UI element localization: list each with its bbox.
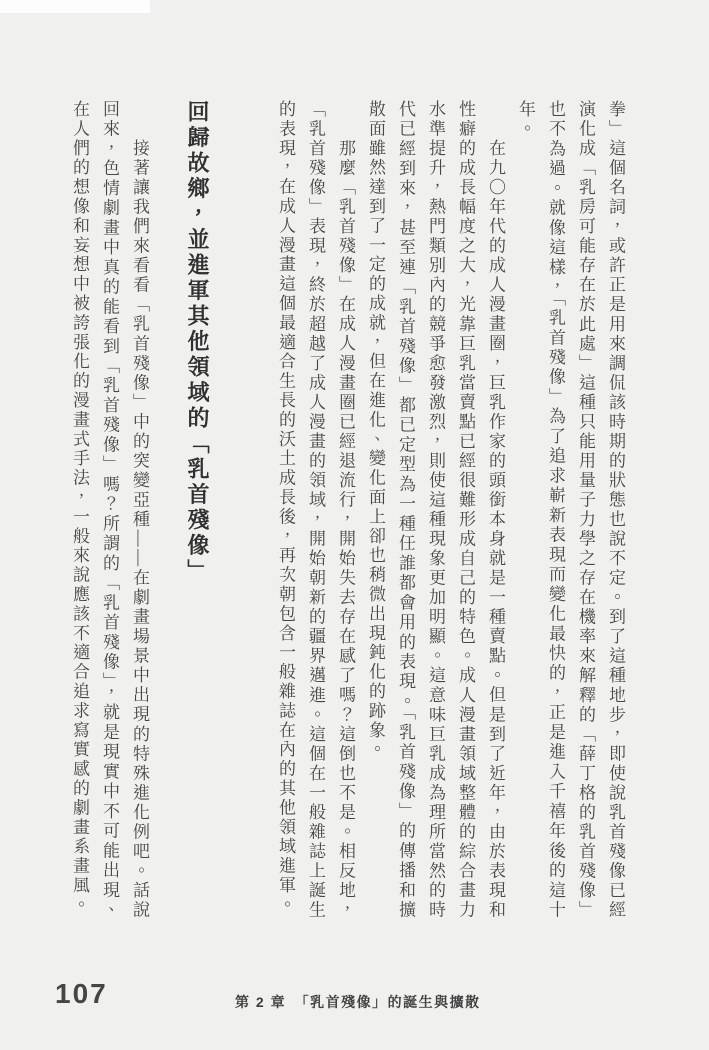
paragraph-gekiga-mutation: 接著讓我們來看看「乳首殘像」中的突變亞種——在劇畫場景中出現的特殊進化例吧。話說…	[64, 100, 154, 920]
paragraph-new-frontier: 那麼「乳首殘像」在成人漫畫圈已經退流行，開始失去存在感了嗎？這倒也不是。相反地，…	[270, 100, 360, 920]
vertical-text-flow: 拳」這個名詞，或許正是用來調侃該時期的狀態也說不定。到了這種地步，即使說乳首殘像…	[64, 100, 630, 920]
paragraph-continuation: 拳」這個名詞，或許正是用來調侃該時期的狀態也說不定。到了這種地步，即使說乳首殘像…	[510, 100, 630, 920]
book-page: 拳」這個名詞，或許正是用來調侃該時期的狀態也說不定。到了這種地步，即使說乳首殘像…	[0, 0, 709, 1050]
page-number: 107	[55, 978, 108, 1010]
paragraph-nineties-market: 在九〇年代的成人漫畫圈，巨乳作家的頭銜本身就是一種賣點。但是到了近年，由於表現和…	[360, 100, 510, 920]
footer-chapter-title: 第 2 章 「乳首殘像」的誕生與擴散	[235, 992, 481, 1012]
scan-white-strip	[0, 0, 150, 13]
section-heading: 回歸故鄉，並進軍其他領域的「乳首殘像」	[179, 100, 215, 920]
